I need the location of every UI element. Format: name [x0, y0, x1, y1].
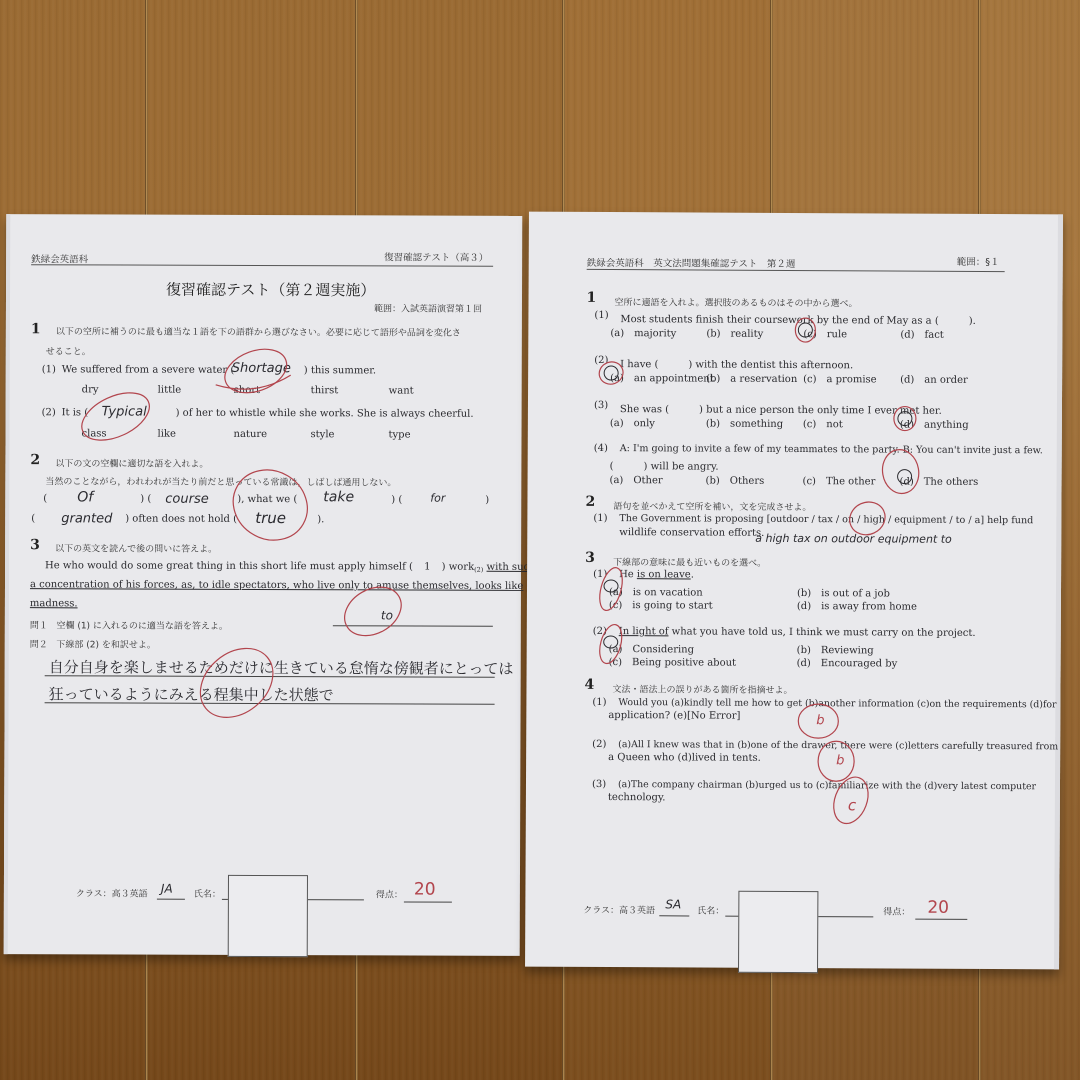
class-value: JA — [161, 882, 173, 896]
page-title: 復習確認テスト（第２週実施） — [166, 279, 375, 301]
handwritten-answer: a high tax on outdoor equipment to — [755, 532, 952, 546]
sheet-header: 鉄緑会英語科 英文法問題集確認テスト 第２週 — [587, 255, 796, 270]
right-test-sheet: 鉄緑会英語科 英文法問題集確認テスト 第２週 範囲：§１ 1 空所に適語を入れよ… — [525, 212, 1063, 970]
sheet-subtitle: 復習確認テスト（高３） — [384, 249, 488, 263]
range-label: 範囲：入試英語演習第１回 — [374, 301, 482, 314]
score-value: 20 — [414, 880, 436, 900]
handwritten-answer: c — [848, 796, 856, 814]
handwritten-answer: Typical — [102, 404, 147, 419]
left-test-sheet: 鉄緑会英語科 復習確認テスト（高３） 復習確認テスト（第２週実施） 範囲：入試英… — [4, 214, 523, 956]
name-covered — [738, 891, 818, 973]
handwritten-answer: Shortage — [232, 361, 291, 376]
score-value: 20 — [927, 898, 949, 918]
name-covered — [228, 875, 308, 957]
range-label: 範囲：§１ — [957, 254, 1000, 268]
class-value: SA — [665, 897, 681, 911]
handwritten-answer: b — [816, 713, 824, 728]
handwritten-answer: b — [836, 753, 844, 768]
handwritten-answer: to — [381, 608, 393, 622]
